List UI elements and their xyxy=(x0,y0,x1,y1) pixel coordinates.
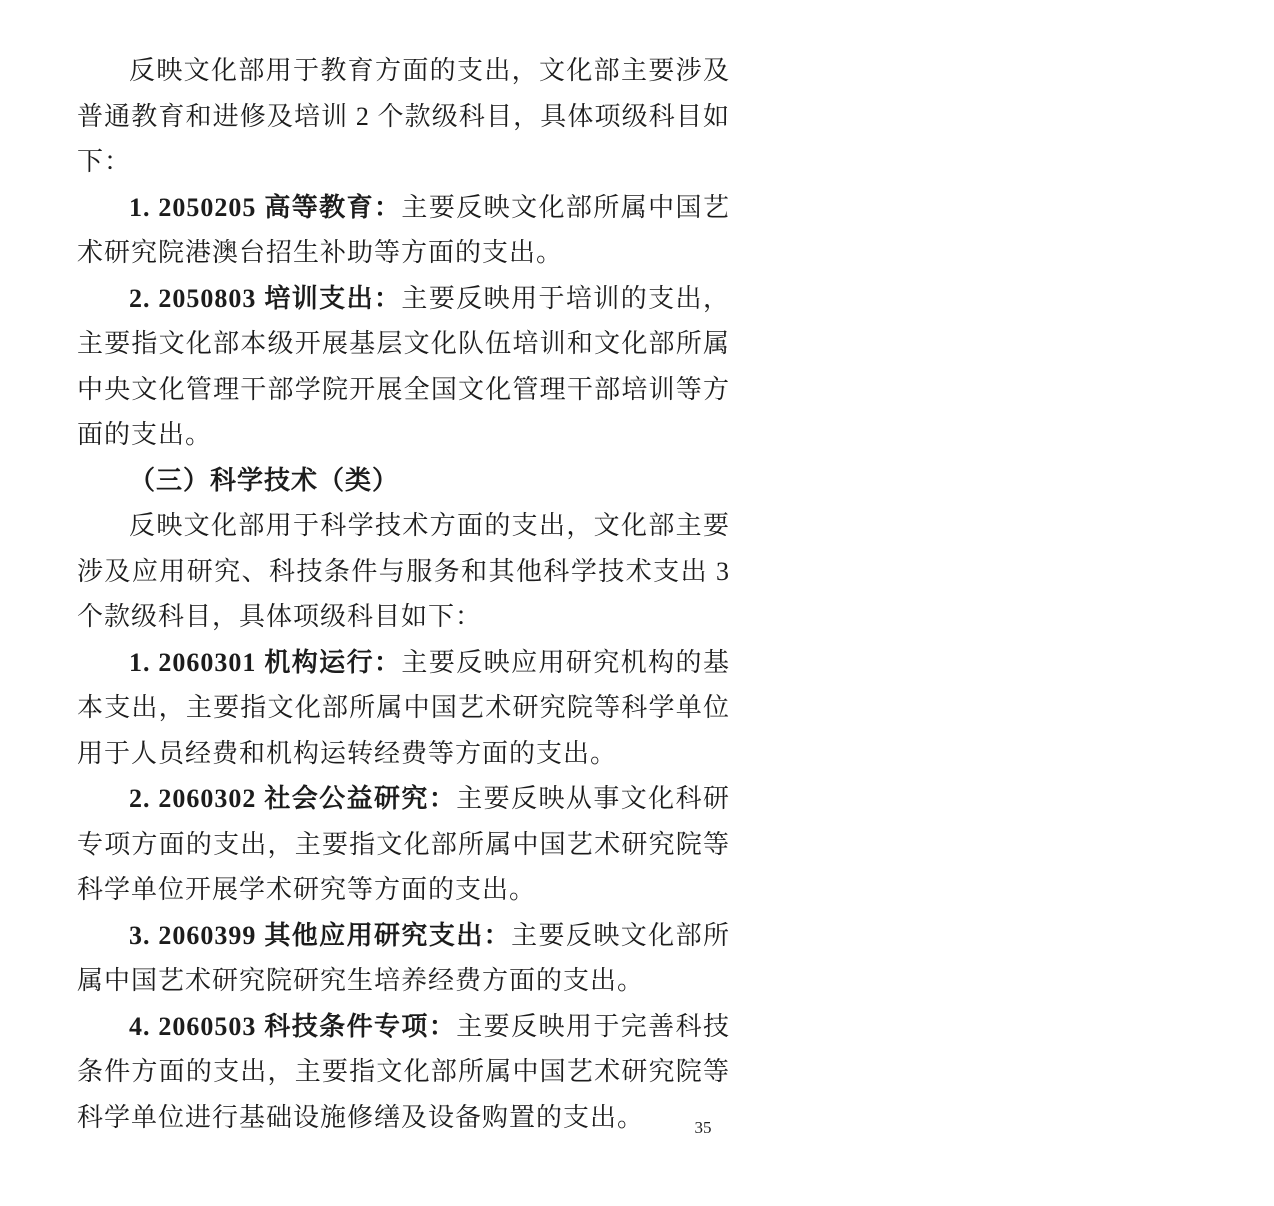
body-text: 反映文化部用于教育方面的支出，文化部主要涉及普通教育和进修及培训 2 个款级科目… xyxy=(77,56,730,176)
item-code-label: （三）科学技术（类） xyxy=(129,466,399,495)
paragraph: 2. 2050803 培训支出：主要反映用于培训的支出，主要指文化部本级开展基层… xyxy=(77,276,730,458)
paragraph: 4. 2060503 科技条件专项：主要反映用于完善科技条件方面的支出，主要指文… xyxy=(77,1004,730,1141)
item-code-label: 2. 2060302 社会公益研究： xyxy=(129,784,456,813)
paragraph: 反映文化部用于科学技术方面的支出，文化部主要涉及应用研究、科技条件与服务和其他科… xyxy=(77,503,730,640)
body-text: 反映文化部用于科学技术方面的支出，文化部主要涉及应用研究、科技条件与服务和其他科… xyxy=(77,511,730,631)
page-number: 35 xyxy=(683,1118,723,1138)
item-code-label: 3. 2060399 其他应用研究支出： xyxy=(129,921,511,950)
paragraph: 1. 2050205 高等教育：主要反映文化部所属中国艺术研究院港澳台招生补助等… xyxy=(77,185,730,276)
paragraph: 反映文化部用于教育方面的支出，文化部主要涉及普通教育和进修及培训 2 个款级科目… xyxy=(77,48,730,185)
item-code-label: 1. 2060301 机构运行： xyxy=(129,648,401,677)
document-body: 反映文化部用于教育方面的支出，文化部主要涉及普通教育和进修及培训 2 个款级科目… xyxy=(77,48,730,1140)
paragraph: 1. 2060301 机构运行：主要反映应用研究机构的基本支出，主要指文化部所属… xyxy=(77,640,730,777)
item-code-label: 4. 2060503 科技条件专项： xyxy=(129,1012,456,1041)
item-code-label: 2. 2050803 培训支出： xyxy=(129,284,401,313)
item-code-label: 1. 2050205 高等教育： xyxy=(129,193,401,222)
paragraph: 2. 2060302 社会公益研究：主要反映从事文化科研专项方面的支出，主要指文… xyxy=(77,776,730,913)
section-heading: （三）科学技术（类） xyxy=(77,458,730,504)
paragraph: 3. 2060399 其他应用研究支出：主要反映文化部所属中国艺术研究院研究生培… xyxy=(77,913,730,1004)
document-page: 反映文化部用于教育方面的支出，文化部主要涉及普通教育和进修及培训 2 个款级科目… xyxy=(0,0,1274,1206)
